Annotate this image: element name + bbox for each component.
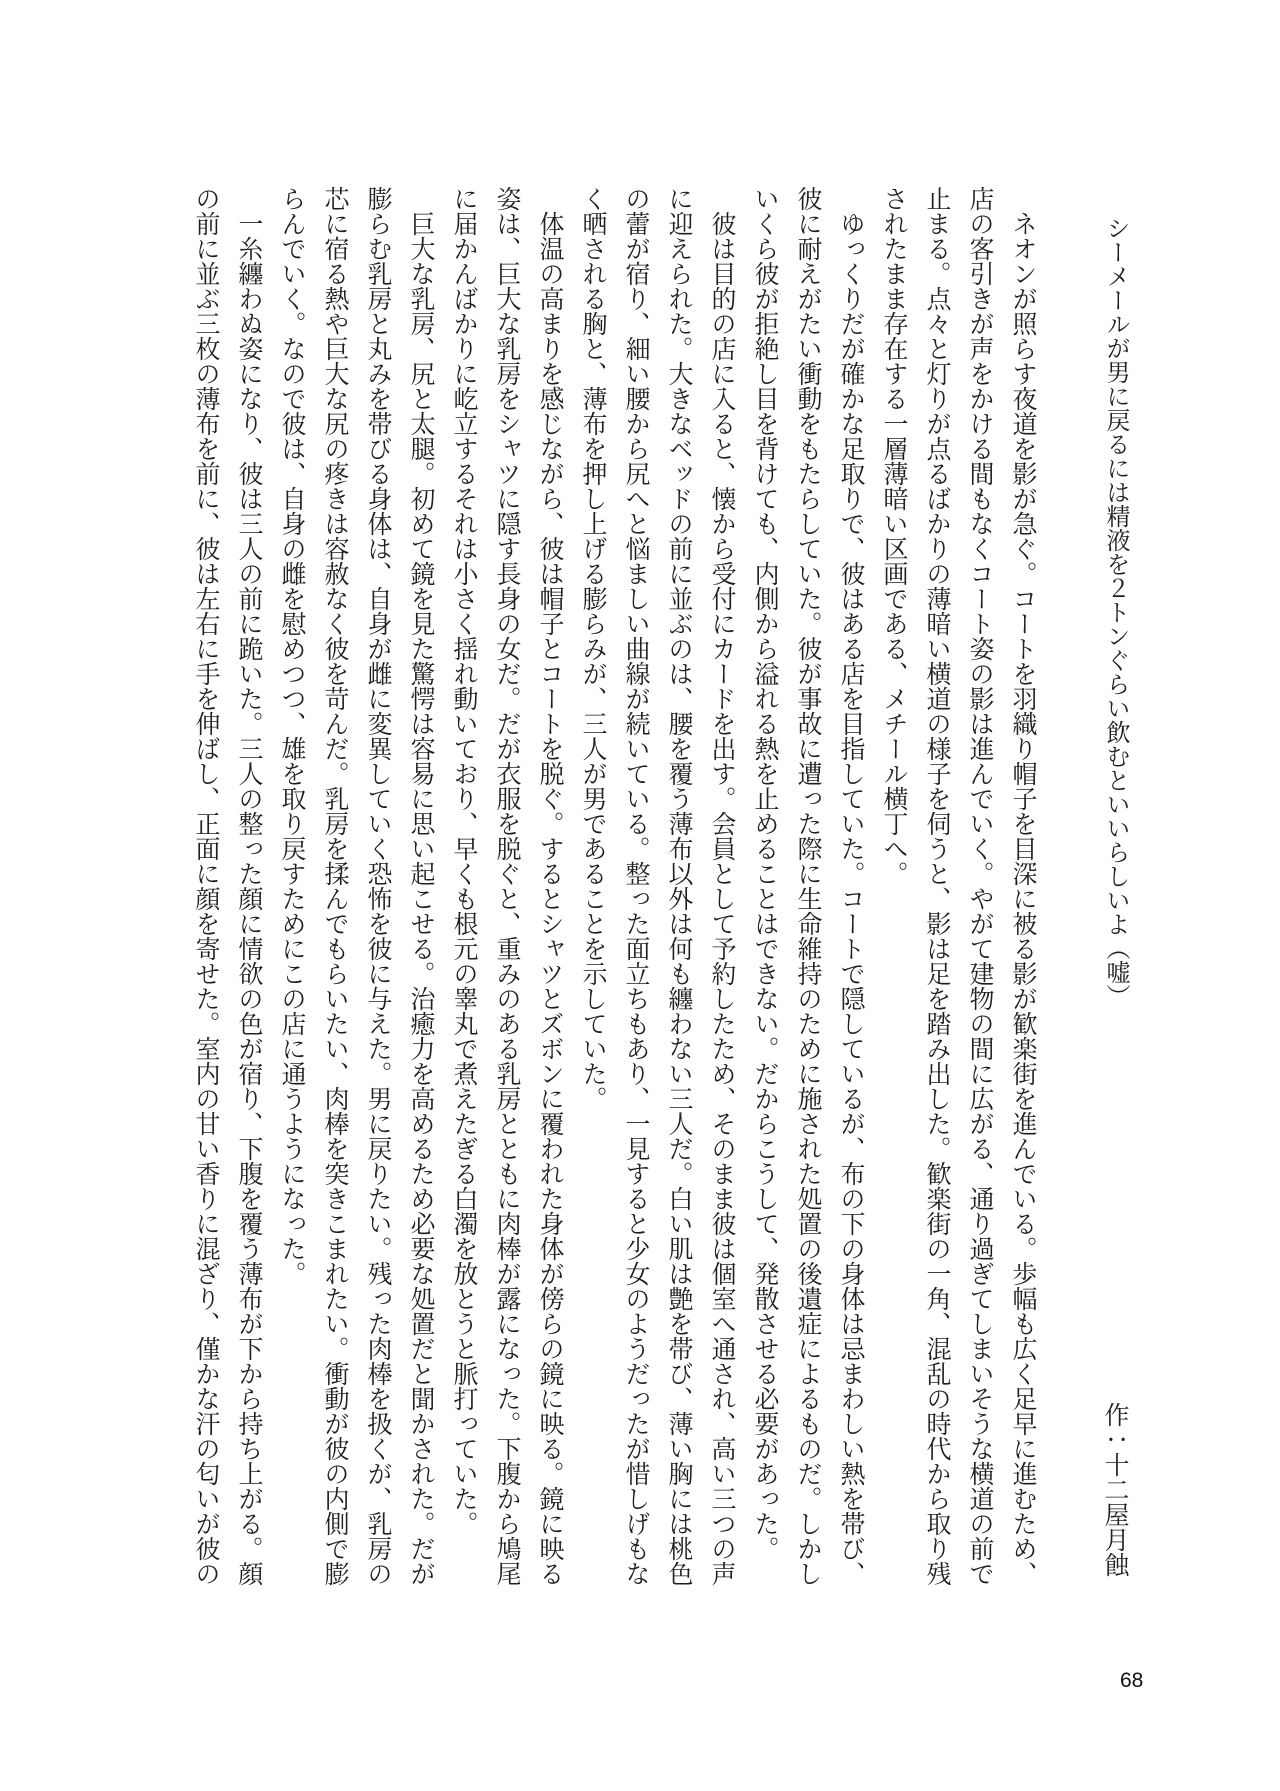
story-paragraph: ネオンが照らす夜道を影が急ぐ。コートを羽織り帽子を目深に被る影が歓楽街を進んでい… [872, 186, 1044, 1592]
story-paragraph: 彼は目的の店に入ると、懐から受付にカードを出す。会員として予約したため、そのまま… [571, 186, 743, 1592]
story-paragraph: 巨大な乳房、尻と太腿。初めて鏡を見た驚愕は容易に思い起こせる。治癒力を高めるため… [270, 186, 442, 1592]
page-number: 68 [1120, 1669, 1143, 1693]
story-paragraph: 体温の高まりを感じながら、彼は帽子とコートを脱ぐ。するとシャツとズボンに覆われた… [442, 186, 571, 1592]
story-paragraph: 一糸纏わぬ姿になり、彼は三人の前に跪いた。三人の整った顔に情欲の色が宿り、下腹を… [184, 186, 270, 1592]
author-credit: 作：十二屋月蝕 [1093, 1402, 1136, 1602]
story-title: シーメールが男に戻るには精液を２トンぐらい飲むといいらしいよ（嘘） [1093, 216, 1136, 1396]
story-body: ネオンが照らす夜道を影が急ぐ。コートを羽織り帽子を目深に被る影が歓楽街を進んでい… [184, 186, 1044, 1592]
story-paragraph: ゆっくりだが確かな足取りで、彼はある店を目指していた。コートで隠しているが、布の… [743, 186, 872, 1592]
document-page: シーメールが男に戻るには精液を２トンぐらい飲むといいらしいよ（嘘） 作：十二屋月… [0, 0, 1280, 1791]
